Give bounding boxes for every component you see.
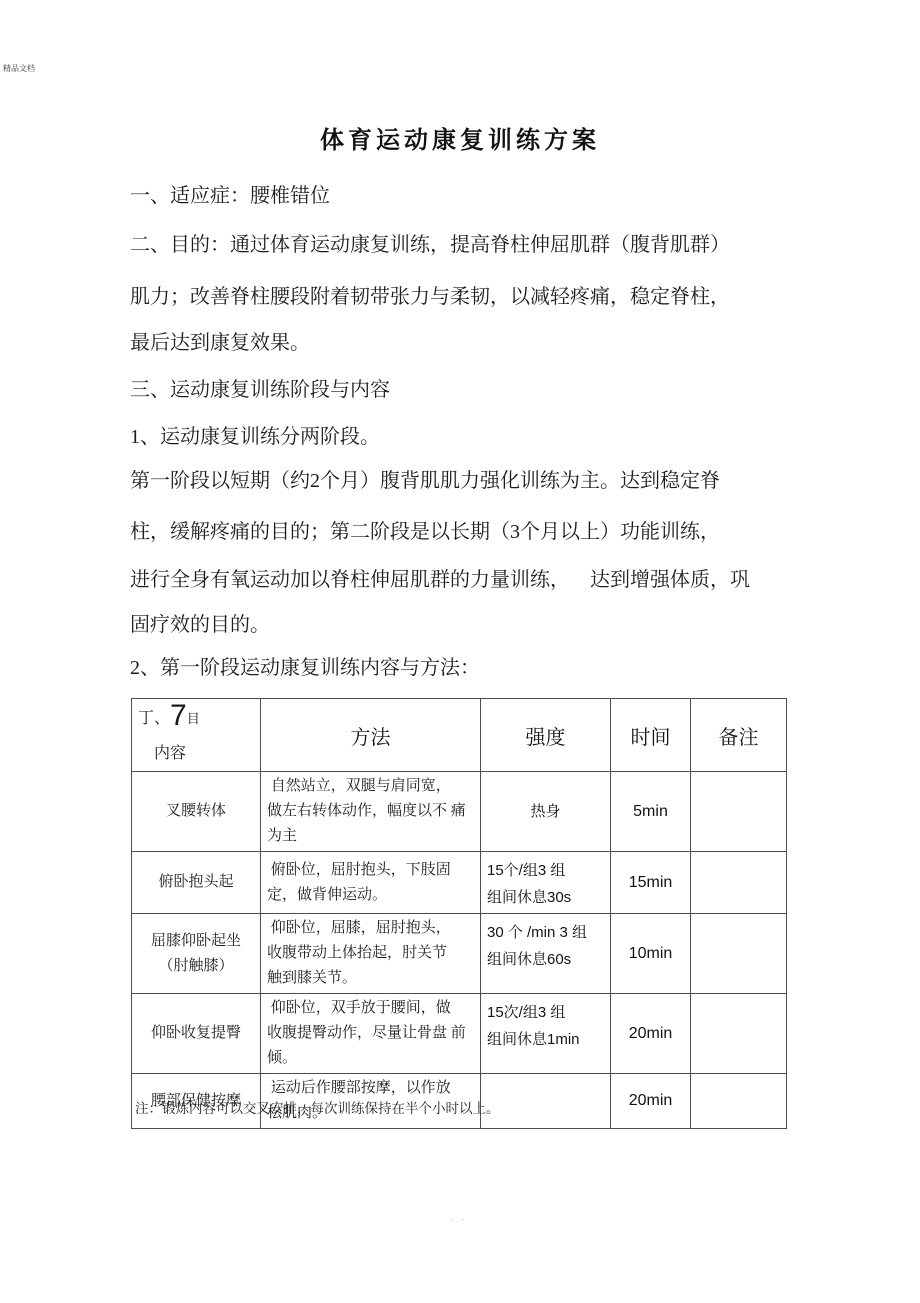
table-header-row: 丁、7目 内容 方法 强度 时间 备注 bbox=[132, 699, 787, 772]
body-line: 2、第一阶段运动康复训练内容与方法： bbox=[130, 655, 480, 681]
cell-time: 20min bbox=[611, 994, 691, 1074]
body-line: 固疗效的目的。 bbox=[130, 612, 270, 638]
cell-exercise-name: 叉腰转体 bbox=[132, 772, 261, 852]
table-row: 叉腰转体 自然站立，双腿与肩同宽， 做左右转体动作，幅度以不 痛为主 热身 5m… bbox=[132, 772, 787, 852]
cell-remark bbox=[691, 994, 787, 1074]
body-line: 二、目的：通过体育运动康复训练，提高脊柱伸屈肌群（腹背肌群） bbox=[130, 232, 730, 258]
cell-time: 20min bbox=[611, 1074, 691, 1129]
body-line: 一、适应症：腰椎错位 bbox=[130, 183, 330, 209]
cell-method: 仰卧位，屈膝，屈肘抱头， 收腹带动上体抬起，肘关节 触到膝关节。 bbox=[261, 914, 481, 994]
col-header-method: 方法 bbox=[261, 699, 481, 772]
cell-remark bbox=[691, 772, 787, 852]
header-item-line2: 内容 bbox=[138, 740, 254, 763]
page-footer-mark: . . bbox=[450, 1213, 468, 1222]
header-item-suffix: 目 bbox=[187, 711, 200, 726]
table-row: 屈膝仰卧起坐 （肘触膝） 仰卧位，屈膝，屈肘抱头， 收腹带动上体抬起，肘关节 触… bbox=[132, 914, 787, 994]
cell-exercise-name: 屈膝仰卧起坐 （肘触膝） bbox=[132, 914, 261, 994]
body-line: 肌力；改善脊柱腰段附着韧带张力与柔韧，以减轻疼痛，稳定脊柱， bbox=[130, 284, 730, 310]
cell-intensity: 30 个 /min 3 组 组间休息60s bbox=[481, 914, 611, 994]
col-header-item-content: 丁、7目 内容 bbox=[132, 699, 261, 772]
cell-remark bbox=[691, 1074, 787, 1129]
body-line: 进行全身有氧运动加以脊柱伸屈肌群的力量训练， 达到增强体质，巩 bbox=[130, 567, 750, 593]
cell-remark bbox=[691, 852, 787, 914]
cell-time: 15min bbox=[611, 852, 691, 914]
header-item-seven: 7 bbox=[170, 699, 187, 732]
col-header-remark: 备注 bbox=[691, 699, 787, 772]
document-page: 精品文档 体育运动康复训练方案 一、适应症：腰椎错位 二、目的：通过体育运动康复… bbox=[0, 0, 920, 1303]
cell-intensity bbox=[481, 1074, 611, 1129]
training-plan-table: 丁、7目 内容 方法 强度 时间 备注 叉腰转体 自然站立，双腿与肩同宽， 做左… bbox=[131, 698, 787, 1129]
body-line: 1、运动康复训练分两阶段。 bbox=[130, 424, 380, 450]
header-item-line1: 丁、7目 bbox=[138, 701, 254, 734]
col-header-time: 时间 bbox=[611, 699, 691, 772]
table-row: 俯卧抱头起 俯卧位，屈肘抱头，下肢固 定，做背伸运动。 15个/组3 组 组间休… bbox=[132, 852, 787, 914]
cell-method: 仰卧位，双手放于腰间，做 收腹提臀动作，尽量让骨盘 前倾。 bbox=[261, 994, 481, 1074]
cell-intensity: 15个/组3 组 组间休息30s bbox=[481, 852, 611, 914]
header-item-prefix: 丁、 bbox=[138, 710, 170, 727]
body-line: 第一阶段以短期（约2个月）腹背肌肌力强化训练为主。达到稳定脊 bbox=[130, 468, 720, 494]
watermark-text: 精品文档 bbox=[3, 63, 35, 74]
body-line: 三、运动康复训练阶段与内容 bbox=[130, 377, 390, 403]
cell-method: 自然站立，双腿与肩同宽， 做左右转体动作，幅度以不 痛为主 bbox=[261, 772, 481, 852]
cell-time: 5min bbox=[611, 772, 691, 852]
table-footnote: 注：锻炼内容可以交叉安排，每次训练保持在半个小时以上。 bbox=[135, 1097, 500, 1117]
body-line: 柱，缓解疼痛的目的；第二阶段是以长期（3个月以上）功能训练， bbox=[130, 519, 720, 545]
cell-intensity: 热身 bbox=[481, 772, 611, 852]
cell-exercise-name: 仰卧收复提臀 bbox=[132, 994, 261, 1074]
cell-time: 10min bbox=[611, 914, 691, 994]
page-title: 体育运动康复训练方案 bbox=[0, 120, 920, 155]
table-row: 仰卧收复提臀 仰卧位，双手放于腰间，做 收腹提臀动作，尽量让骨盘 前倾。 15次… bbox=[132, 994, 787, 1074]
body-line: 最后达到康复效果。 bbox=[130, 330, 310, 356]
cell-method: 俯卧位，屈肘抱头，下肢固 定，做背伸运动。 bbox=[261, 852, 481, 914]
cell-intensity: 15次/组3 组 组间休息1min bbox=[481, 994, 611, 1074]
col-header-intensity: 强度 bbox=[481, 699, 611, 772]
cell-remark bbox=[691, 914, 787, 994]
cell-exercise-name: 俯卧抱头起 bbox=[132, 852, 261, 914]
